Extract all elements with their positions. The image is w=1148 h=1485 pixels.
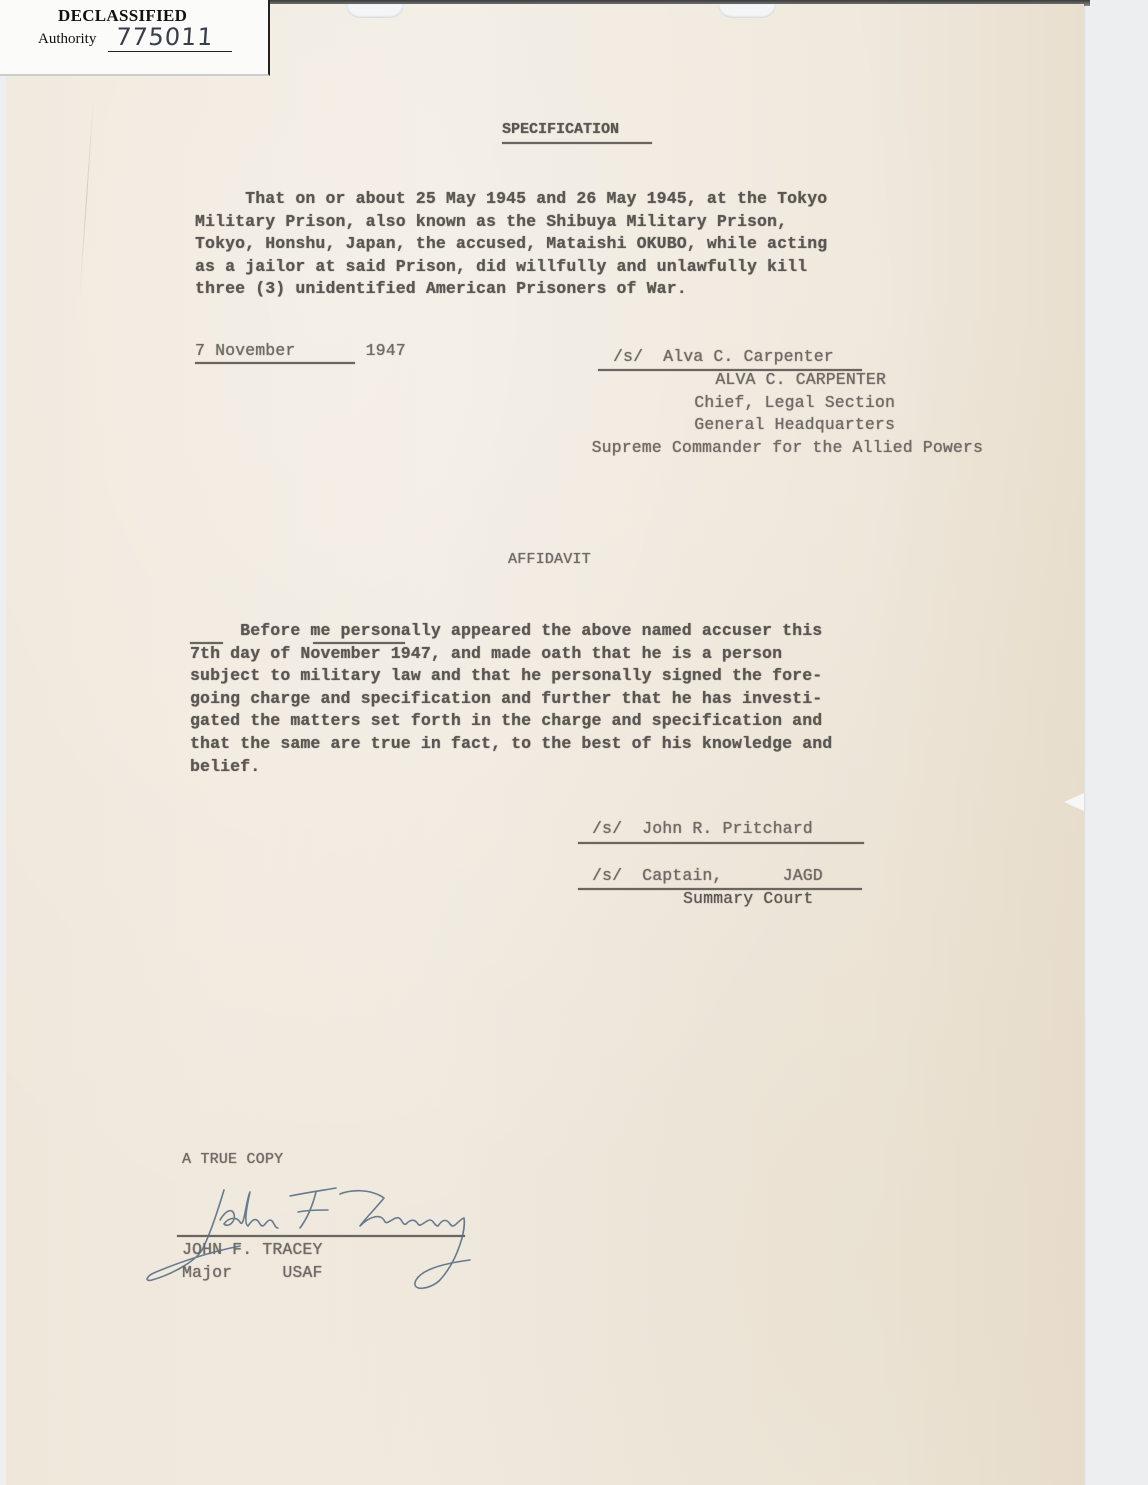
aff-line: subject to military law and that he pers…: [190, 666, 822, 685]
spec-line: three (3) unidentified American Prisoner…: [195, 279, 687, 298]
declassified-stamp: DECLASSIFIED Authority 775011: [0, 0, 270, 76]
affidavit-heading: AFFIDAVIT: [508, 549, 591, 572]
aff-line: that the same are true in fact, to the b…: [190, 734, 832, 753]
true-copy-label: A TRUE COPY: [182, 1149, 283, 1172]
aff-line: belief.: [190, 757, 260, 776]
carpenter-name: ALVA C. CARPENTER: [715, 370, 983, 389]
carpenter-title: Chief, Legal Section: [694, 393, 983, 412]
specification-heading-underline: [502, 142, 652, 144]
tracey-name: JOHN F. TRACEY: [182, 1240, 323, 1259]
spec-line: Tokyo, Honshu, Japan, the accused, Matai…: [195, 234, 827, 253]
tracey-rank-branch: Major USAF: [182, 1263, 323, 1282]
punch-hole: [346, 4, 404, 18]
specification-heading: SPECIFICATION: [502, 119, 619, 142]
stamp-authority-line: [108, 51, 232, 52]
stamp-authority-label: Authority: [38, 31, 96, 48]
aff-line: going charge and specification and furth…: [190, 689, 822, 708]
carpenter-org: General Headquarters: [694, 415, 983, 434]
paper-fold: [79, 99, 94, 299]
pritchard-rank-line: /s/ Captain, JAGD: [592, 865, 823, 888]
date-day-month: 7 November: [195, 341, 295, 360]
tracey-signature-block: JOHN F. TRACEY Major USAF: [182, 1239, 323, 1284]
pritchard-signed-line: /s/ John R. Pritchard: [592, 818, 813, 841]
affidavit-day-underline: [190, 642, 223, 644]
paper-tear: [1064, 793, 1084, 811]
affidavit-body: Before me personally appeared the above …: [190, 620, 832, 778]
punch-hole: [718, 4, 776, 18]
carpenter-command: Supreme Commander for the Allied Powers: [592, 438, 983, 457]
date-year: 1947: [366, 341, 406, 360]
pritchard-role: Summary Court: [683, 888, 813, 911]
tracey-signature-underline: [177, 1235, 465, 1237]
date-underline: [195, 362, 355, 364]
spec-line: Military Prison, also known as the Shibu…: [195, 212, 787, 231]
stamp-authority-value: 775011: [115, 23, 215, 51]
spec-line: as a jailor at said Prison, did willfull…: [195, 257, 807, 276]
affidavit-month-underline: [313, 642, 405, 644]
aff-line: gated the matters set forth in the charg…: [190, 711, 822, 730]
carpenter-signature-block: ALVA C. CARPENTER Chief, Legal Section G…: [545, 369, 983, 459]
specification-body: That on or about 25 May 1945 and 26 May …: [195, 188, 827, 301]
spec-line: That on or about 25 May 1945 and 26 May …: [195, 189, 827, 208]
pritchard-signature-underline: [578, 842, 864, 844]
aff-line: Before me personally appeared the above …: [190, 621, 822, 640]
carpenter-signed-line: /s/ Alva C. Carpenter: [613, 346, 834, 369]
aff-line: 7th day of November 1947, and made oath …: [190, 644, 782, 663]
specification-date: 7 November 1947: [195, 340, 406, 363]
